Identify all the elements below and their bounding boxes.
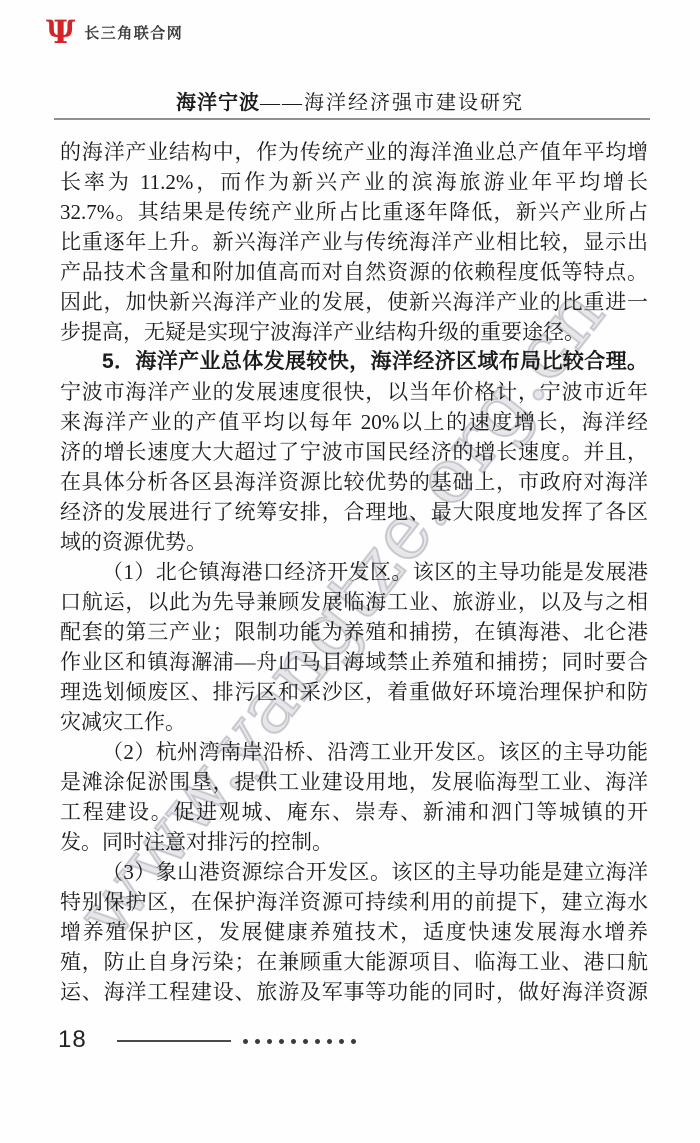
text-line: 域的资源优势。	[60, 527, 648, 557]
book-title-subtitle: ——海洋经济强市建设研究	[260, 92, 524, 114]
text-line: 经济的发展进行了统筹安排，合理地、最大限度地发挥了各区	[60, 497, 648, 527]
header-rule	[54, 118, 650, 120]
footer-dot	[291, 1039, 296, 1044]
footer-dot	[267, 1039, 272, 1044]
text-line: 济的增长速度大大超过了宁波市国民经济的增长速度。并且，	[60, 437, 648, 467]
text-line: 是滩涂促淤围垦，提供工业建设用地，发展临海型工业、海洋	[60, 767, 648, 797]
text-line: （3）象山港资源综合开发区。该区的主导功能是建立海洋	[60, 857, 648, 887]
text-line: 殖，防止自身污染；在兼顾重大能源项目、临海工业、港口航	[60, 947, 648, 977]
site-logo: Ψ 长三角联合网	[46, 16, 183, 48]
text-line: （1）北仑镇海港口经济开发区。该区的主导功能是发展港	[60, 557, 648, 587]
text-line: 宁波市海洋产业的发展速度很快，以当年价格计，宁波市近年	[60, 377, 648, 407]
page-footer: 18	[58, 1026, 356, 1054]
body-text: 的海洋产业结构中，作为传统产业的海洋渔业总产值年平均增长率为 11.2%，而作为…	[60, 137, 648, 1007]
text-line: 产品技术含量和附加值高而对自然资源的依赖程度低等特点。	[60, 257, 648, 287]
text-line: 比重逐年上升。新兴海洋产业与传统海洋产业相比较，显示出	[60, 227, 648, 257]
page-number: 18	[58, 1026, 87, 1054]
footer-dot	[243, 1039, 248, 1044]
footer-dot	[279, 1039, 284, 1044]
text-line: （2）杭州湾南岸沿桥、沿湾工业开发区。该区的主导功能	[60, 737, 648, 767]
book-title-main: 海洋宁波	[176, 92, 260, 114]
text-line: 发。同时注意对排污的控制。	[60, 827, 648, 857]
text-line: 作业区和镇海澥浦—舟山马目海域禁止养殖和捕捞；同时要合	[60, 647, 648, 677]
text-line: 的海洋产业结构中，作为传统产业的海洋渔业总产值年平均增	[60, 137, 648, 167]
text-line: 灾减灾工作。	[60, 707, 648, 737]
text-line: 长率为 11.2%，而作为新兴产业的滨海旅游业年平均增长	[60, 167, 648, 197]
text-line: 因此，加快新兴海洋产业的发展，使新兴海洋产业的比重进一	[60, 287, 648, 317]
footer-dot	[339, 1039, 344, 1044]
book-title: 海洋宁波——海洋经济强市建设研究	[0, 86, 700, 115]
footer-dot	[351, 1039, 356, 1044]
text-line: 特别保护区，在保护海洋资源可持续利用的前提下，建立海水	[60, 887, 648, 917]
footer-dots	[243, 1039, 356, 1044]
text-line: 来海洋产业的产值平均以每年 20%以上的速度增长，海洋经	[60, 407, 648, 437]
site-logo-label: 长三角联合网	[84, 22, 183, 43]
footer-dot	[327, 1039, 332, 1044]
text-line: 工程建设。促进观城、庵东、崇寿、新浦和泗门等城镇的开	[60, 797, 648, 827]
text-line: 在具体分析各区县海洋资源比较优势的基础上，市政府对海洋	[60, 467, 648, 497]
text-line: 配套的第三产业；限制功能为养殖和捕捞，在镇海港、北仑港	[60, 617, 648, 647]
text-line: 理选划倾废区、排污区和采沙区，着重做好环境治理保护和防	[60, 677, 648, 707]
text-line: 运、海洋工程建设、旅游及军事等功能的同时，做好海洋资源	[60, 977, 648, 1007]
text-line: 32.7%。其结果是传统产业所占比重逐年降低，新兴产业所占	[60, 197, 648, 227]
footer-dot	[315, 1039, 320, 1044]
footer-rule	[117, 1040, 231, 1042]
footer-dot	[255, 1039, 260, 1044]
scanned-book-page: www.yangtze.org.cn Ψ 长三角联合网 海洋宁波——海洋经济强市…	[0, 0, 700, 1143]
text-line: 增养殖保护区，发展健康养殖技术，适度快速发展海水增养	[60, 917, 648, 947]
text-line: 5．海洋产业总体发展较快，海洋经济区域布局比较合理。	[60, 347, 648, 377]
footer-dot	[303, 1039, 308, 1044]
yangtze-delta-logo-icon: Ψ	[46, 16, 75, 48]
text-line: 步提高，无疑是实现宁波海洋产业结构升级的重要途径。	[60, 317, 648, 347]
text-line: 口航运，以此为先导兼顾发展临海工业、旅游业，以及与之相	[60, 587, 648, 617]
